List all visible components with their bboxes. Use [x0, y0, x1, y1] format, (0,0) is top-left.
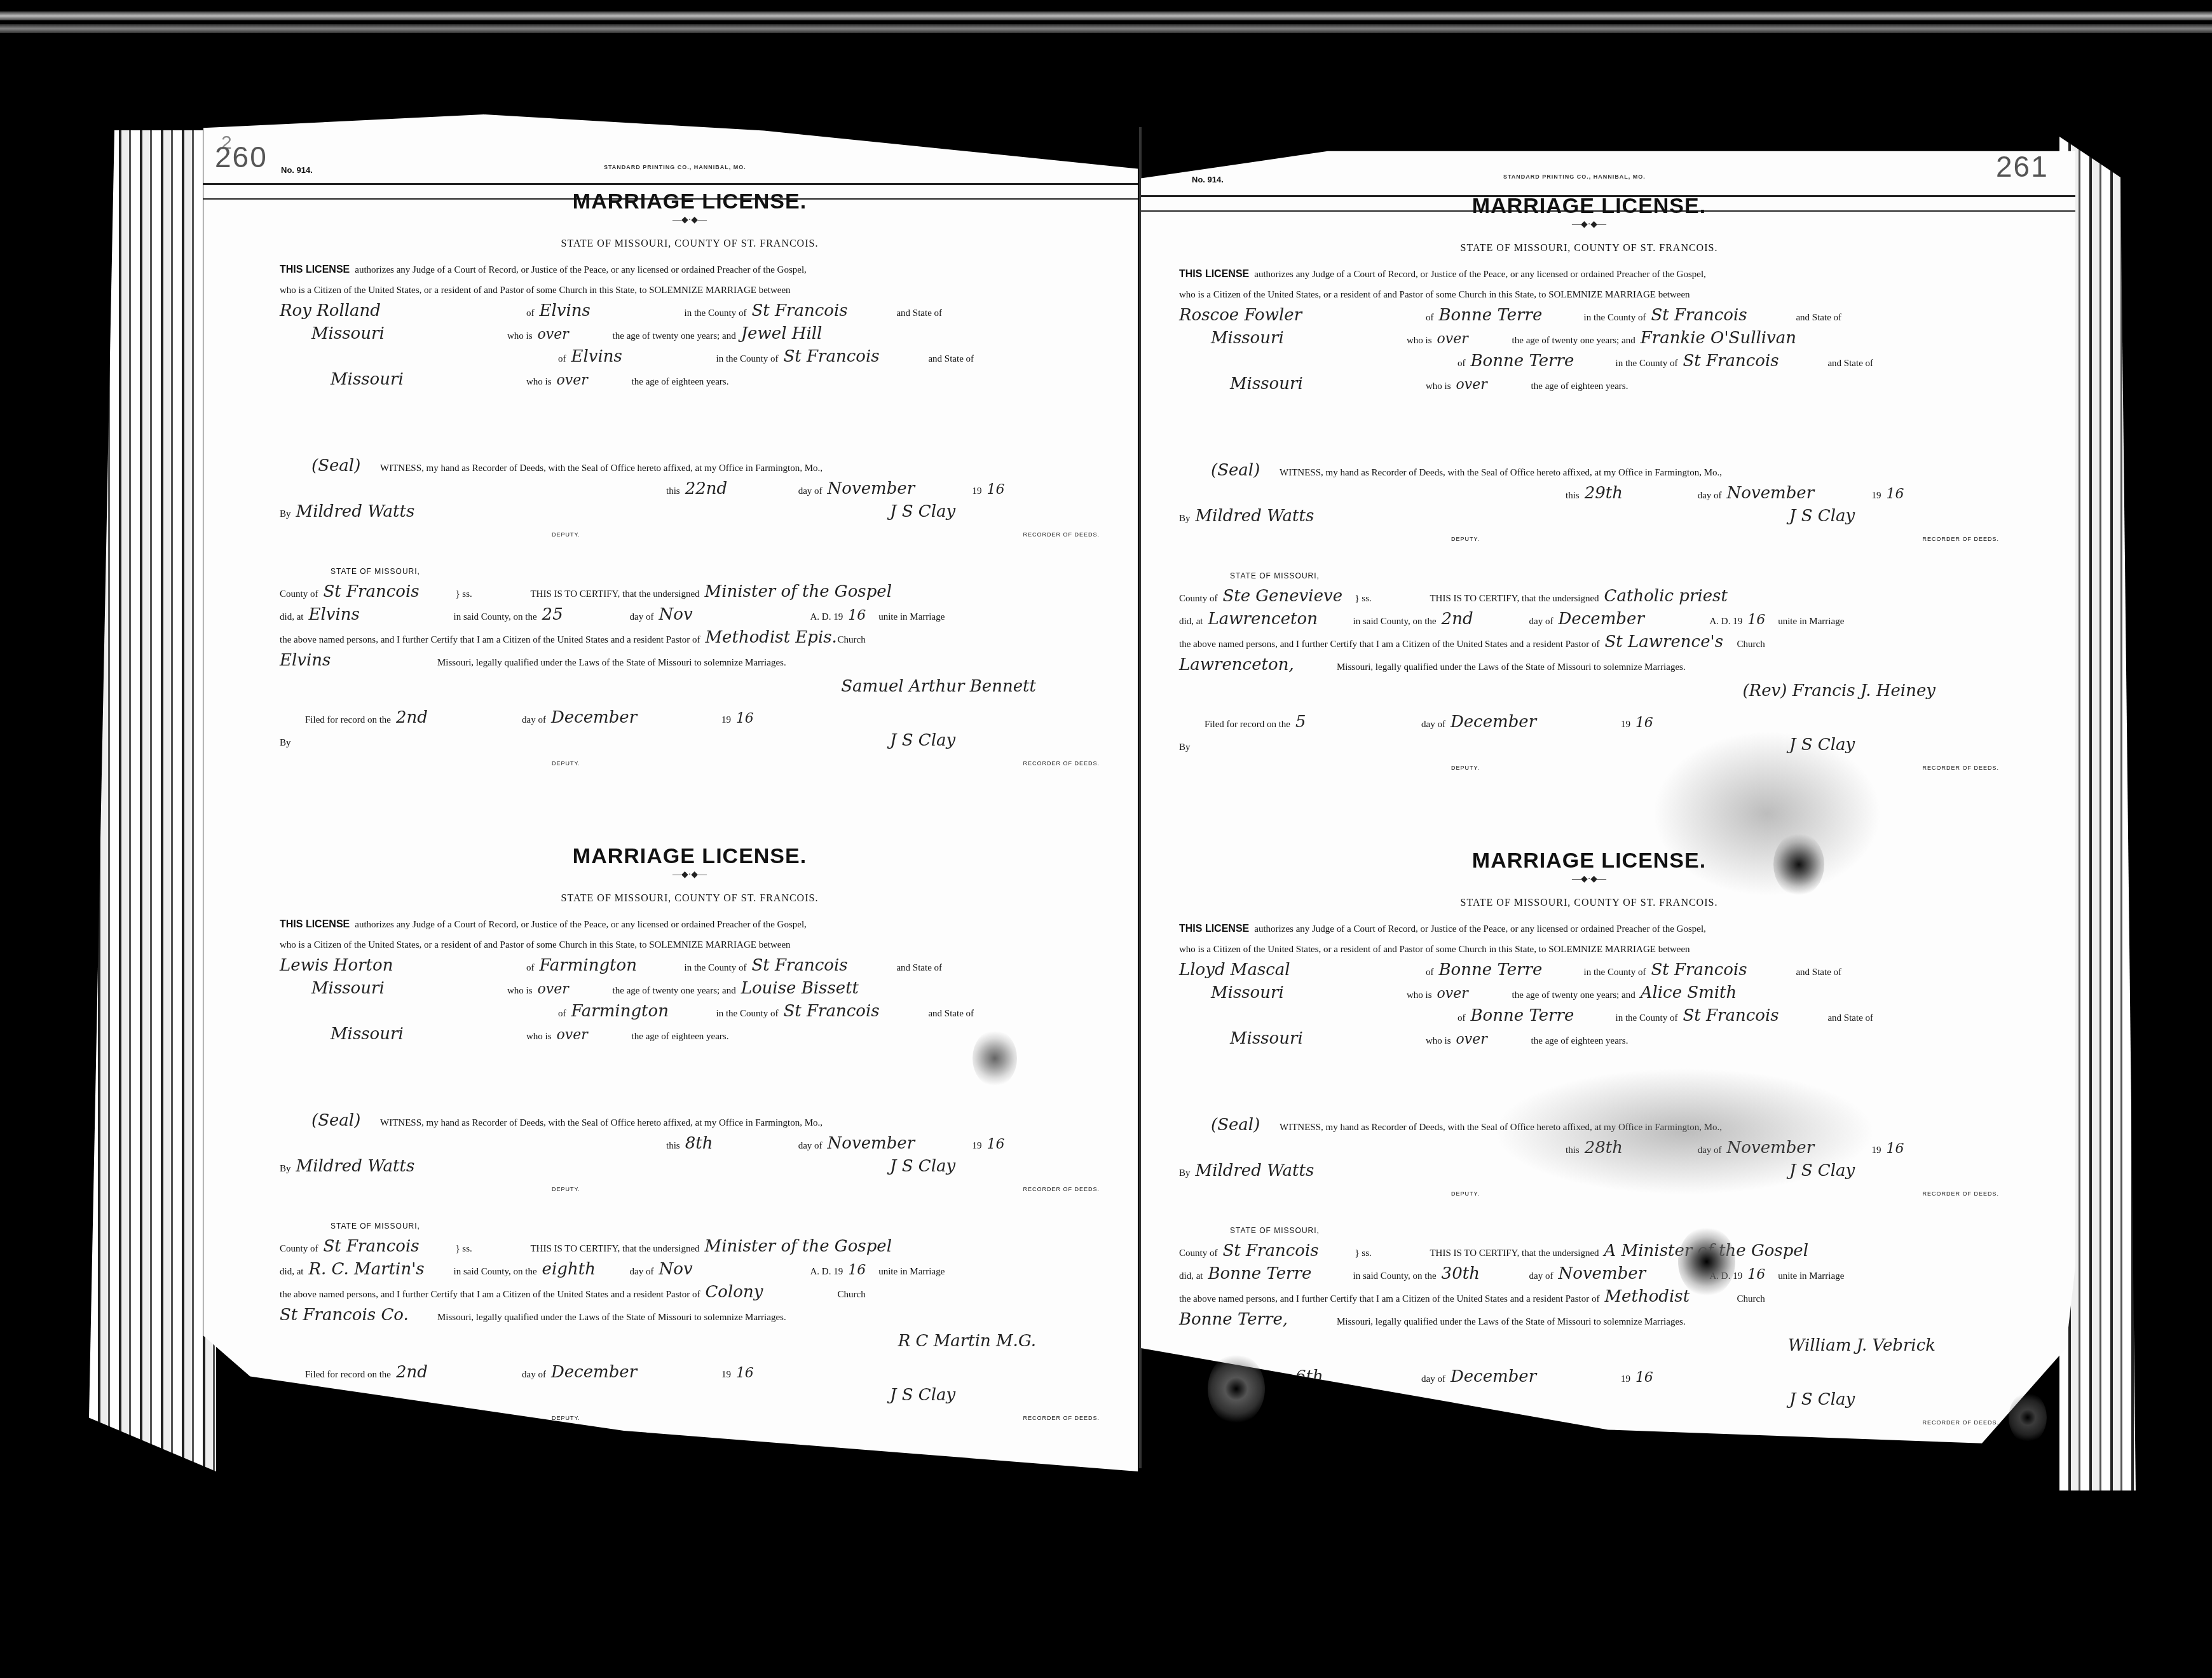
officiant-title: Minister of the Gospel: [705, 582, 934, 602]
recorder-signature: J S Clay: [890, 501, 1017, 522]
officiant-signature: William J. Vebrick: [1788, 1336, 1935, 1355]
filed-day: 2nd: [396, 707, 517, 728]
witness-text: WITNESS, my hand as Recorder of Deeds, w…: [380, 458, 823, 479]
groom-name: Lewis Horton: [280, 955, 521, 976]
filed-day: 6th: [1295, 1367, 1416, 1387]
state-county-heading: STATE OF MISSOURI, COUNTY OF ST. FRANCOI…: [1179, 243, 1999, 254]
bride-state: Missouri: [1179, 1028, 1421, 1049]
deputy-signature: Mildred Watts: [296, 1156, 487, 1177]
bride-town: Bonne Terre: [1471, 351, 1611, 371]
marriage-year: 16: [1747, 1265, 1773, 1285]
filed-year: 16: [1635, 713, 1661, 733]
groom-age: over: [538, 325, 608, 345]
recorder-signature: J S Clay: [890, 1156, 1017, 1177]
printer-imprint: STANDARD PRINTING CO., HANNIBAL, MO.: [604, 164, 746, 170]
groom-town: Farmington: [540, 955, 679, 976]
church-town: Elvins: [280, 650, 432, 671]
bride-name: Louise Bissett: [741, 978, 932, 999]
left-page: 2 260 No. 914. STANDARD PRINTING CO., HA…: [203, 114, 1138, 1471]
marriage-month: December: [1559, 609, 1705, 629]
church-town: Bonne Terre,: [1179, 1309, 1332, 1330]
license-lead: THIS LICENSE: [1179, 919, 1249, 939]
ornament-divider: —◆·◆—: [280, 214, 1100, 227]
marriage-day: 2nd: [1442, 609, 1524, 629]
bride-name: Jewel Hill: [741, 324, 932, 344]
groom-age: over: [1437, 329, 1507, 350]
license-title: MARRIAGE LICENSE.: [280, 844, 1100, 869]
groom-age: over: [538, 979, 608, 1000]
marriage-license-record: MARRIAGE LICENSE. —◆·◆— STATE OF MISSOUR…: [1179, 194, 1999, 778]
state-of-missouri-label: STATE OF MISSOURI,: [1230, 1220, 1320, 1241]
license-text: authorizes any Judge of a Court of Recor…: [1254, 919, 1706, 939]
groom-name: Roy Rolland: [280, 301, 521, 321]
deputy-signature: Mildred Watts: [1196, 506, 1386, 526]
marriage-place: Lawrenceton: [1208, 609, 1348, 629]
filed-month: December: [1451, 712, 1616, 732]
bride-town: Elvins: [571, 346, 711, 367]
seal-mark: (Seal): [1179, 1115, 1274, 1135]
marriage-year: 16: [848, 606, 873, 626]
officiant-title: Minister of the Gospel: [705, 1236, 934, 1257]
pastor-of-church: Colony: [705, 1282, 832, 1302]
ornament-divider: —◆·◆—: [1179, 219, 1999, 231]
recorder-signature: J S Clay: [1789, 506, 1916, 526]
groom-county: St Francois: [1651, 960, 1791, 980]
issued-month: November: [828, 479, 967, 499]
header-rule: [203, 183, 1138, 185]
marriage-place: Elvins: [309, 604, 449, 625]
state-of-missouri-label: STATE OF MISSOURI,: [1230, 566, 1320, 586]
church-town: Lawrenceton,: [1179, 655, 1332, 675]
certificate-county: St Francois: [1222, 1241, 1349, 1261]
bride-county: St Francois: [783, 1001, 923, 1021]
bride-age: over: [1456, 1030, 1526, 1050]
issued-year: 16: [1887, 484, 1912, 505]
filed-month: December: [1451, 1367, 1616, 1387]
church-town: St Francois Co.: [280, 1305, 432, 1325]
issued-year: 16: [987, 1135, 1013, 1155]
certificate-county: St Francois: [323, 1236, 450, 1257]
groom-state: Missouri: [280, 978, 502, 999]
issued-month: November: [1727, 483, 1867, 503]
page-header: 2 260 No. 914. STANDARD PRINTING CO., HA…: [203, 133, 1138, 184]
filed-year: 16: [736, 1363, 761, 1384]
officiant-signature: (Rev) Francis J. Heiney: [1742, 681, 1935, 700]
bride-town: Bonne Terre: [1471, 1006, 1611, 1026]
state-county-heading: STATE OF MISSOURI, COUNTY OF ST. FRANCOI…: [280, 238, 1100, 250]
license-lead: THIS LICENSE: [280, 260, 350, 280]
bride-age: over: [1456, 375, 1526, 395]
license-title: MARRIAGE LICENSE.: [280, 189, 1100, 214]
scan-smudge: [1678, 1227, 1735, 1297]
license-text: who is a Citizen of the United States, o…: [280, 280, 791, 301]
bride-town: Farmington: [571, 1001, 711, 1021]
form-number: No. 914.: [281, 165, 313, 175]
marriage-place: R. C. Martin's: [309, 1259, 449, 1279]
right-page: No. 914. STANDARD PRINTING CO., HANNIBAL…: [1141, 124, 2075, 1484]
marriage-day: 25: [542, 604, 625, 625]
officiant-title: Catholic priest: [1604, 586, 1833, 606]
filed-recorder-signature: J S Clay: [890, 1385, 1017, 1405]
bride-age: over: [557, 371, 627, 391]
marriage-year: 16: [848, 1260, 873, 1281]
groom-state: Missouri: [280, 324, 502, 344]
license-text: authorizes any Judge of a Court of Recor…: [355, 260, 807, 280]
issued-day: 22nd: [685, 479, 793, 499]
marriage-day: eighth: [542, 1259, 625, 1279]
open-record-book: 2 260 No. 914. STANDARD PRINTING CO., HA…: [0, 0, 2212, 1678]
filed-month: December: [551, 707, 716, 728]
witness-text: WITNESS, my hand as Recorder of Deeds, w…: [380, 1113, 823, 1133]
witness-text: WITNESS, my hand as Recorder of Deeds, w…: [1280, 463, 1722, 483]
license-text: who is a Citizen of the United States, o…: [1179, 939, 1690, 960]
license-text: who is a Citizen of the United States, o…: [1179, 285, 1690, 305]
license-title: MARRIAGE LICENSE.: [1179, 194, 1999, 219]
page-number: 261: [1996, 149, 2049, 184]
ornament-divider: —◆·◆—: [1179, 873, 1999, 886]
bride-age: over: [557, 1025, 627, 1046]
groom-county: St Francois: [1651, 305, 1791, 325]
page-header: No. 914. STANDARD PRINTING CO., HANNIBAL…: [1141, 143, 2075, 194]
groom-age: over: [1437, 984, 1507, 1004]
issued-year: 16: [987, 480, 1013, 500]
marriage-license-record: MARRIAGE LICENSE. —◆·◆— STATE OF MISSOUR…: [280, 844, 1100, 1428]
certificate-county: Ste Genevieve: [1222, 586, 1349, 606]
bride-county: St Francois: [1683, 351, 1822, 371]
bride-name: Alice Smith: [1641, 983, 1831, 1003]
seal-mark: (Seal): [1179, 460, 1274, 481]
license-text: authorizes any Judge of a Court of Recor…: [1254, 264, 1706, 285]
deputy-signature: Mildred Watts: [1196, 1161, 1386, 1181]
scan-smudge: [1208, 1354, 1265, 1424]
certificate-county: St Francois: [323, 582, 450, 602]
issued-month: November: [828, 1133, 967, 1154]
officiant-signature: Samuel Arthur Bennett: [841, 677, 1036, 696]
pastor-of-church: Methodist Epis.: [705, 627, 832, 648]
state-county-heading: STATE OF MISSOURI, COUNTY OF ST. FRANCOI…: [1179, 897, 1999, 909]
printer-imprint: STANDARD PRINTING CO., HANNIBAL, MO.: [1503, 174, 1646, 180]
groom-town: Bonne Terre: [1439, 305, 1579, 325]
groom-state: Missouri: [1179, 328, 1402, 348]
filed-month: December: [551, 1362, 716, 1382]
license-lead: THIS LICENSE: [280, 915, 350, 935]
bride-state: Missouri: [280, 369, 521, 390]
state-of-missouri-label: STATE OF MISSOURI,: [331, 1216, 420, 1236]
groom-county: St Francois: [751, 301, 891, 321]
form-number: No. 914.: [1192, 175, 1224, 184]
scan-smudge: [2009, 1392, 2047, 1443]
marriage-month: Nov: [659, 604, 805, 625]
bride-state: Missouri: [1179, 374, 1421, 394]
officiant-signature: R C Martin M.G.: [898, 1332, 1036, 1351]
license-text: authorizes any Judge of a Court of Recor…: [355, 915, 807, 935]
marriage-month: Nov: [659, 1259, 805, 1279]
groom-county: St Francois: [751, 955, 891, 976]
bride-county: St Francois: [1683, 1006, 1822, 1026]
bride-name: Frankie O'Sullivan: [1641, 328, 1831, 348]
groom-name: Lloyd Mascal: [1179, 960, 1421, 980]
marriage-year: 16: [1747, 610, 1773, 631]
torn-page-corner: [318, 1456, 369, 1525]
deputy-signature: Mildred Watts: [296, 501, 487, 522]
filed-year: 16: [736, 709, 761, 729]
license-title: MARRIAGE LICENSE.: [1179, 849, 1999, 873]
groom-town: Bonne Terre: [1439, 960, 1579, 980]
filed-recorder-signature: J S Clay: [890, 730, 1017, 751]
groom-state: Missouri: [1179, 983, 1402, 1003]
bride-county: St Francois: [783, 346, 923, 367]
groom-name: Roscoe Fowler: [1179, 305, 1421, 325]
bride-state: Missouri: [280, 1024, 521, 1044]
seal-mark: (Seal): [280, 1110, 375, 1131]
scan-haze: [1494, 1068, 1875, 1195]
issued-day: 29th: [1585, 483, 1693, 503]
scan-haze: [1653, 731, 1881, 896]
filed-recorder-signature: J S Clay: [1789, 1389, 1916, 1410]
marriage-place: Bonne Terre: [1208, 1264, 1348, 1284]
state-of-missouri-label: STATE OF MISSOURI,: [331, 561, 420, 582]
license-text: who is a Citizen of the United States, o…: [280, 935, 791, 955]
filed-day: 2nd: [396, 1362, 517, 1382]
pastor-of-church: St Lawrence's: [1604, 632, 1731, 652]
groom-town: Elvins: [540, 301, 679, 321]
marriage-day: 30th: [1442, 1264, 1524, 1284]
state-county-heading: STATE OF MISSOURI, COUNTY OF ST. FRANCOI…: [280, 893, 1100, 904]
left-page-edges: [89, 130, 216, 1471]
issued-day: 8th: [685, 1133, 793, 1154]
seal-mark: (Seal): [280, 456, 375, 476]
marriage-license-record: MARRIAGE LICENSE. —◆·◆— STATE OF MISSOUR…: [280, 189, 1100, 774]
page-number: 260: [215, 140, 268, 174]
issued-year: 16: [1887, 1139, 1912, 1159]
filed-year: 16: [1635, 1368, 1661, 1388]
license-lead: THIS LICENSE: [1179, 264, 1249, 285]
ornament-divider: —◆·◆—: [280, 869, 1100, 882]
filed-day: 5: [1295, 712, 1416, 732]
scan-smudge: [973, 1030, 1017, 1087]
